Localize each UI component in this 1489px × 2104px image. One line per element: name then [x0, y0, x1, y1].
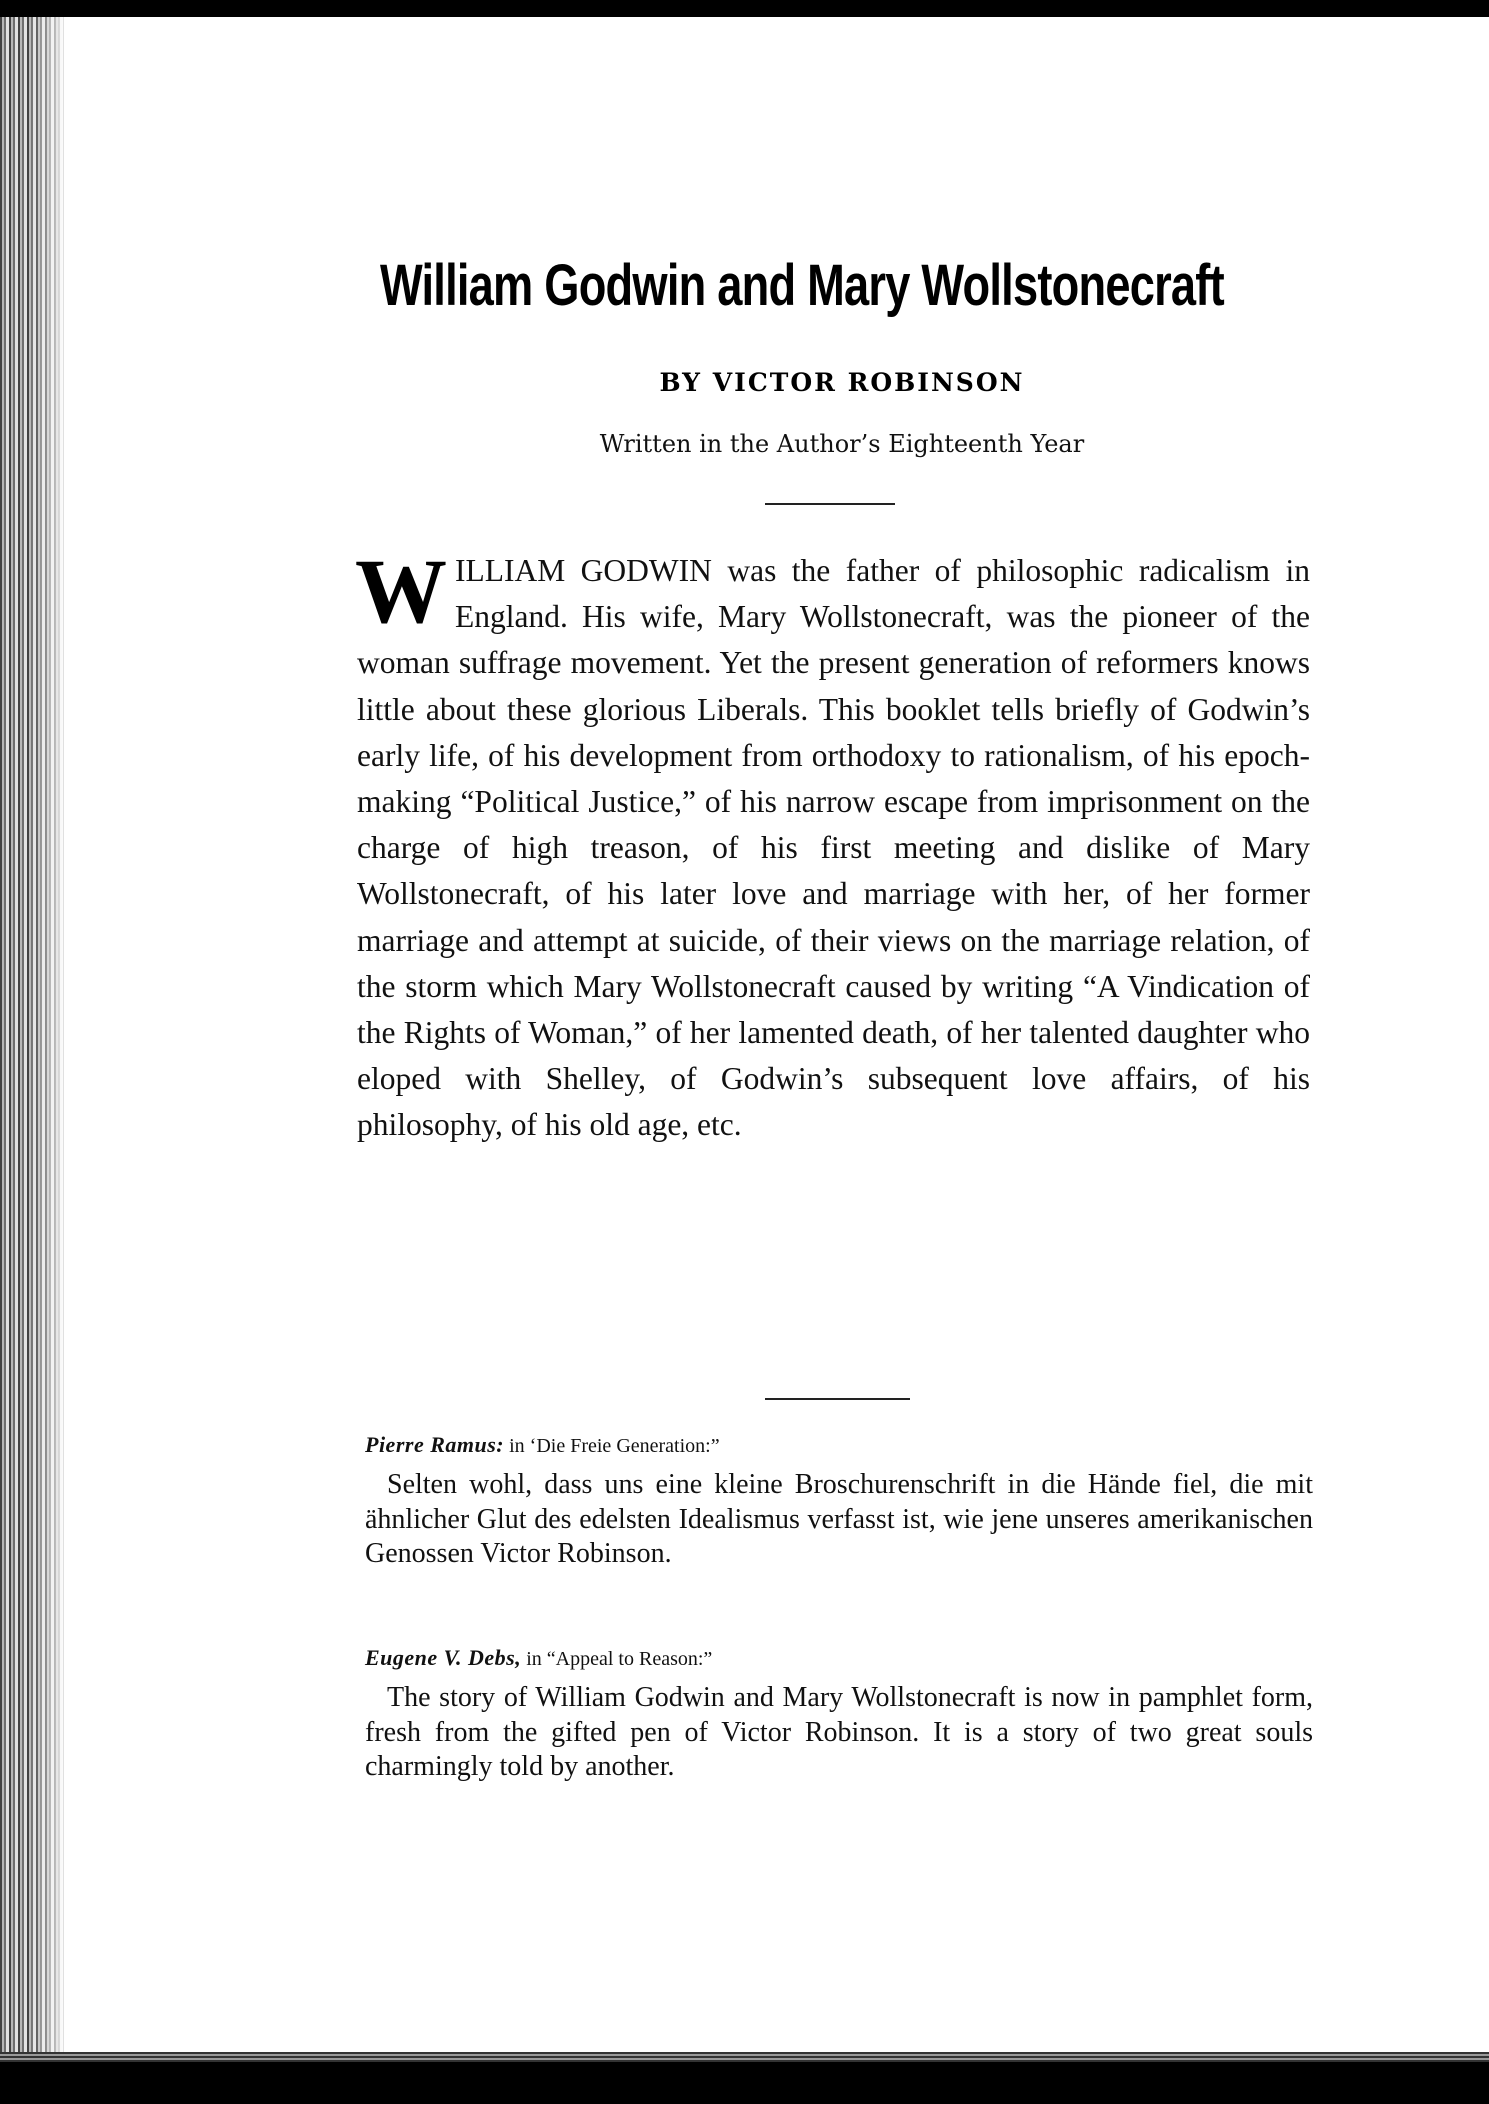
- review-source: Pierre Ramus: in ‘Die Freie Generation:”: [365, 1432, 1313, 1458]
- review-author: Pierre Ramus:: [365, 1432, 504, 1457]
- review-source: Eugene V. Debs, in “Appeal to Reason:”: [365, 1645, 1313, 1671]
- review-publication: in ‘Die Freie Generation:”: [504, 1435, 719, 1457]
- subtitle: Written in the Author’s Eighteenth Year: [0, 430, 1489, 458]
- divider-rule: [765, 503, 895, 505]
- review-quote: The story of William Godwin and Mary Wol…: [365, 1681, 1313, 1785]
- body-paragraph-text: ILLIAM GODWIN was the father of philosop…: [357, 553, 1310, 1142]
- review-publication: in “Appeal to Reason:”: [521, 1648, 712, 1670]
- review-block: Pierre Ramus: in ‘Die Freie Generation:”…: [365, 1432, 1313, 1572]
- divider-rule: [765, 1398, 910, 1400]
- author-byline: BY VICTOR ROBINSON: [0, 368, 1489, 397]
- drop-cap: W: [355, 554, 447, 628]
- page-title: William Godwin and Mary Wollstonecraft: [380, 252, 1269, 319]
- review-block: Eugene V. Debs, in “Appeal to Reason:” T…: [365, 1645, 1313, 1785]
- body-paragraph: WILLIAM GODWIN was the father of philoso…: [357, 548, 1310, 1149]
- gutter-fade: [30, 17, 70, 2057]
- review-author: Eugene V. Debs,: [365, 1645, 521, 1670]
- page-bottom-edge: [0, 2052, 1489, 2062]
- review-quote: Selten wohl, dass uns eine kleine Brosch…: [365, 1468, 1313, 1572]
